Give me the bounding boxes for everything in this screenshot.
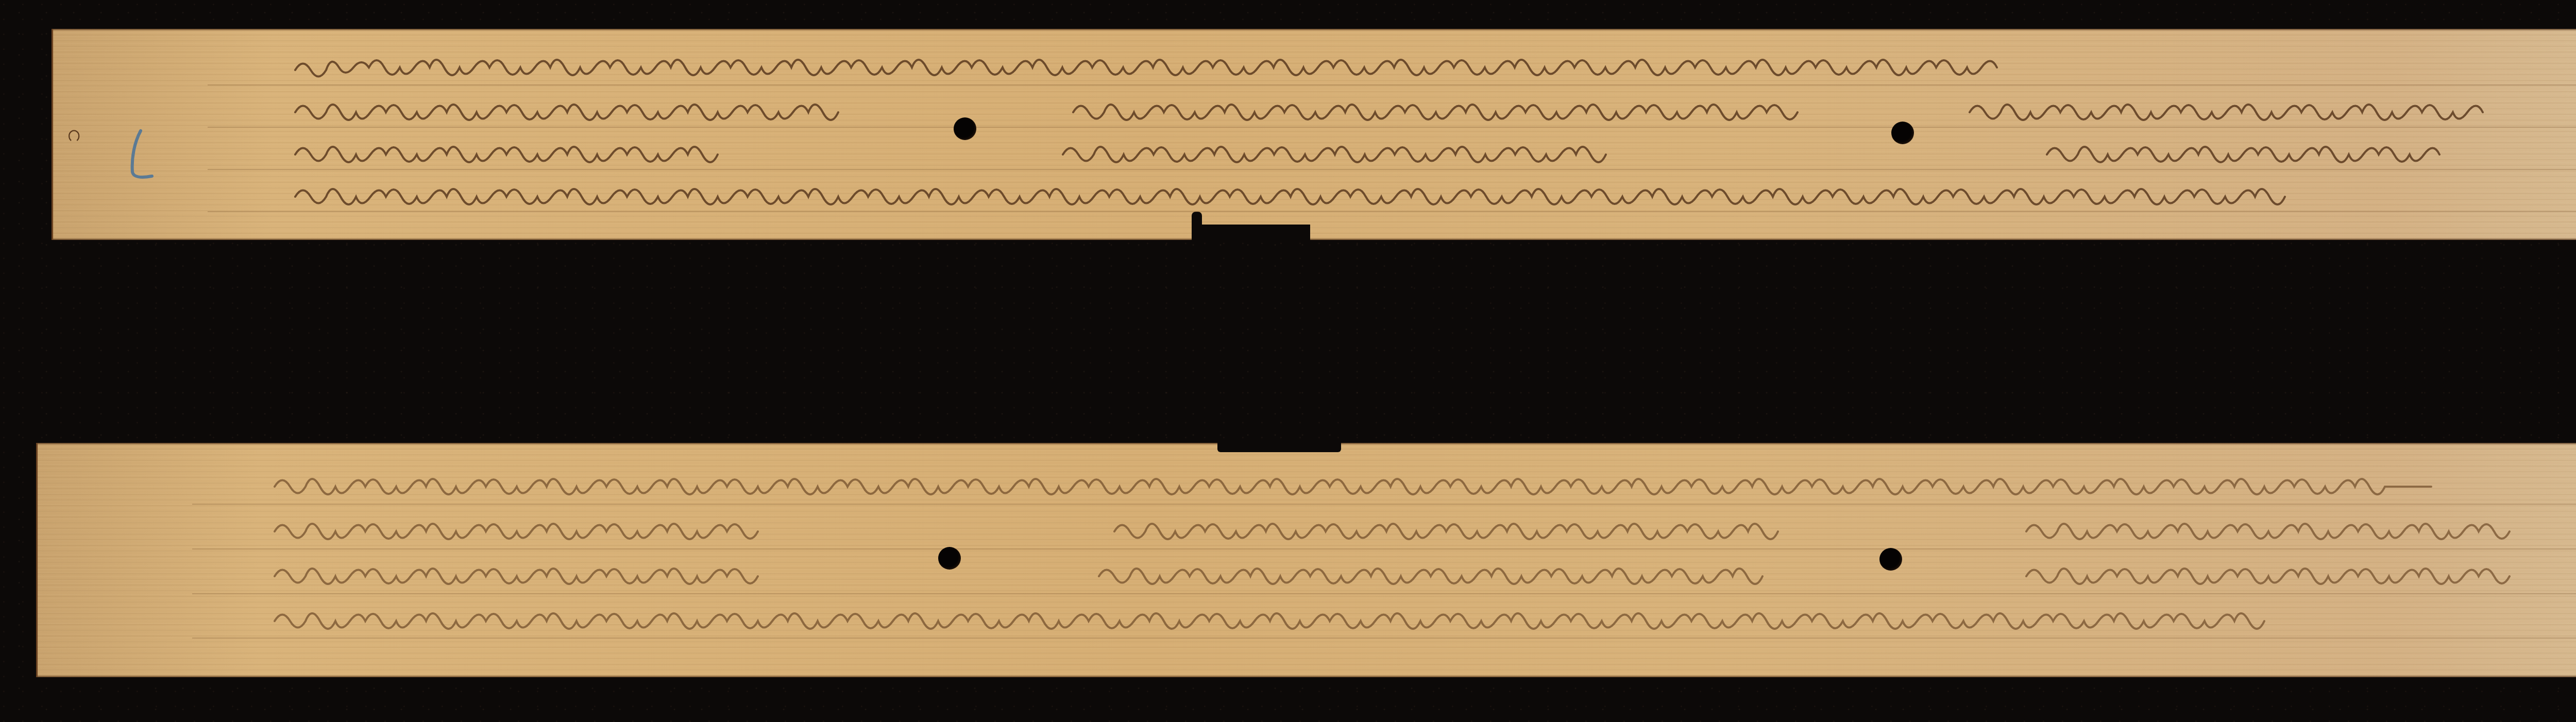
- manuscript-line-1: Line 1: handwritten Burmese-script text …: [295, 49, 2576, 91]
- manuscript-line-3: Line 3: handwritten text, interrupted ar…: [275, 556, 2576, 597]
- blue-pencil-mark: [125, 127, 156, 183]
- palm-leaf-bottom: Line 1: handwritten Burmese-script text …: [36, 443, 2576, 677]
- leaf-edge-notch: [1217, 443, 1341, 452]
- manuscript-line-2: Line 2: handwritten text, interrupted ar…: [295, 92, 2576, 133]
- manuscript-line-4: Line 4: handwritten text across full lea…: [275, 600, 2576, 642]
- folio-number-mark: ဂ: [67, 121, 81, 144]
- palm-leaf-top: ဂ Line 1: handwritten Burmese-script tex…: [52, 29, 2576, 240]
- manuscript-line-2: Line 2: handwritten text, interrupted ar…: [275, 511, 2576, 552]
- manuscript-line-3: Line 3: handwritten text, interrupted ar…: [295, 134, 2576, 175]
- manuscript-line-4: Line 4: handwritten text across full lea…: [295, 176, 2576, 217]
- leaf-edge-notch: [1197, 225, 1310, 240]
- manuscript-line-1: Line 1: handwritten Burmese-script text …: [275, 466, 2576, 507]
